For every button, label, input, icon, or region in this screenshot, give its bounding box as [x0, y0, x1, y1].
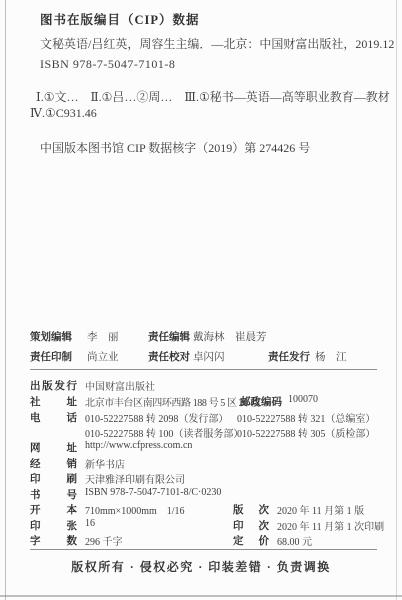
sheets-label: 印张: [30, 518, 77, 533]
scan-edge-right: [396, 0, 397, 600]
publisher-name: 中国财富出版社: [85, 378, 155, 393]
wordcount-price-row: 字数 296 千字 定价 68.00 元: [0, 533, 402, 548]
classification-line-1: Ⅰ.①文… Ⅱ.①吕…②周… Ⅲ.①秘书—英语—高等职业教育—教材: [36, 88, 390, 105]
word-count-value: 296 千字: [85, 533, 123, 548]
printer-name: 天津雅泽印刷有限公司: [85, 471, 185, 486]
edition-value: 2020 年 11 月第 1 版: [277, 502, 364, 517]
responsible-editor-names: 戴海林 崔晨芳: [193, 329, 267, 344]
postcode-value: 100070: [288, 394, 318, 405]
phone-quality: 010-52227588 转 305（质检部）: [237, 425, 375, 440]
book-number-label: 书号: [30, 487, 77, 502]
printer-label: 印刷: [30, 471, 77, 486]
phone-label: 电话: [30, 410, 77, 425]
distribution-editor-name: 杨 江: [315, 349, 347, 364]
classification-line-2: Ⅳ.①C931.46: [30, 106, 97, 121]
planning-editor-label: 策划编辑: [30, 329, 72, 344]
copyright-notice: 版权所有 · 侵权必究 · 印装差错 · 负责调换: [0, 558, 402, 575]
planning-editor-name: 李 丽: [87, 329, 119, 344]
word-count-label: 字数: [30, 533, 77, 548]
format-value: 710mm×1000mm 1/16: [85, 502, 185, 517]
distributor-name: 新华书店: [85, 456, 125, 471]
cip-registry-number: 中国版本图书馆 CIP 数据核字（2019）第 274426 号: [40, 139, 310, 156]
publisher-label: 出版发行: [30, 378, 77, 393]
distribution-editor-label: 责任发行: [268, 349, 310, 364]
sheets-impression-row: 印张 16 印次 2020 年 11 月第 1 次印刷: [0, 518, 402, 533]
scan-edge-bottom: [0, 595, 402, 597]
divider-top: [30, 369, 377, 370]
publisher-address: 北京市丰台区南四环西路 188 号 5 区 20 楼: [85, 394, 260, 409]
print-supervisor-label: 责任印制: [30, 349, 72, 364]
print-supervisor-name: 尚立业: [87, 349, 119, 364]
impression-label: 印次: [233, 518, 269, 533]
address-row: 社址 北京市丰台区南四环西路 188 号 5 区 20 楼 邮政编码 10007…: [0, 394, 402, 409]
phone-row-1: 电话 010-52227588 转 2098（发行部） 010-52227588…: [0, 410, 402, 425]
staff-row-1: 策划编辑 李 丽 责任编辑 戴海林 崔晨芳: [0, 329, 402, 345]
book-number-row: 书号 ISBN 978-7-5047-7101-8/C·0230: [0, 487, 402, 502]
responsible-editor-label: 责任编辑: [148, 329, 190, 344]
postcode-label: 邮政编码: [240, 394, 282, 409]
impression-value: 2020 年 11 月第 1 次印刷: [277, 518, 384, 533]
cip-heading: 图书在版编目（CIP）数据: [40, 10, 200, 28]
price-value: 68.00 元: [277, 533, 312, 548]
phone-row-2: 010-52227588 转 100（读者服务部） 010-52227588 转…: [0, 425, 402, 440]
cip-description: 文秘英语/吕红英，周容生主编．—北京：中国财富出版社，2019.12: [40, 35, 394, 52]
printer-row: 印刷 天津雅泽印刷有限公司: [0, 471, 402, 486]
phone-distribution: 010-52227588 转 2098（发行部）: [85, 410, 228, 425]
staff-row-2: 责任印制 尚立业 责任校对 卓闪闪 责任发行 杨 江: [0, 349, 402, 365]
isbn-line: ISBN 978-7-5047-7101-8: [40, 57, 175, 72]
website-label: 网址: [30, 440, 77, 455]
proofreader-name: 卓闪闪: [193, 349, 225, 364]
edition-label: 版次: [233, 502, 269, 517]
scan-edge-left: [5, 0, 6, 600]
sheets-value: 16: [85, 518, 95, 529]
phone-reader-service: 010-52227588 转 100（读者服务部）: [85, 425, 243, 440]
copyright-page: 图书在版编目（CIP）数据 文秘英语/吕红英，周容生主编．—北京：中国财富出版社…: [0, 0, 402, 600]
format-label: 开本: [30, 502, 77, 517]
website-row: 网址 http://www.cfpress.com.cn: [0, 440, 402, 455]
proofreader-label: 责任校对: [148, 349, 190, 364]
format-edition-row: 开本 710mm×1000mm 1/16 版次 2020 年 11 月第 1 版: [0, 502, 402, 517]
distributor-row: 经销 新华书店: [0, 456, 402, 471]
price-label: 定价: [233, 533, 269, 548]
divider-bottom: [30, 549, 377, 550]
website-url: http://www.cfpress.com.cn: [85, 440, 192, 451]
phone-chief-editor: 010-52227588 转 321（总编室）: [237, 410, 375, 425]
address-label: 社址: [30, 394, 77, 409]
distributor-label: 经销: [30, 456, 77, 471]
publisher-row: 出版发行 中国财富出版社: [0, 378, 402, 393]
book-number-value: ISBN 978-7-5047-7101-8/C·0230: [85, 487, 221, 498]
